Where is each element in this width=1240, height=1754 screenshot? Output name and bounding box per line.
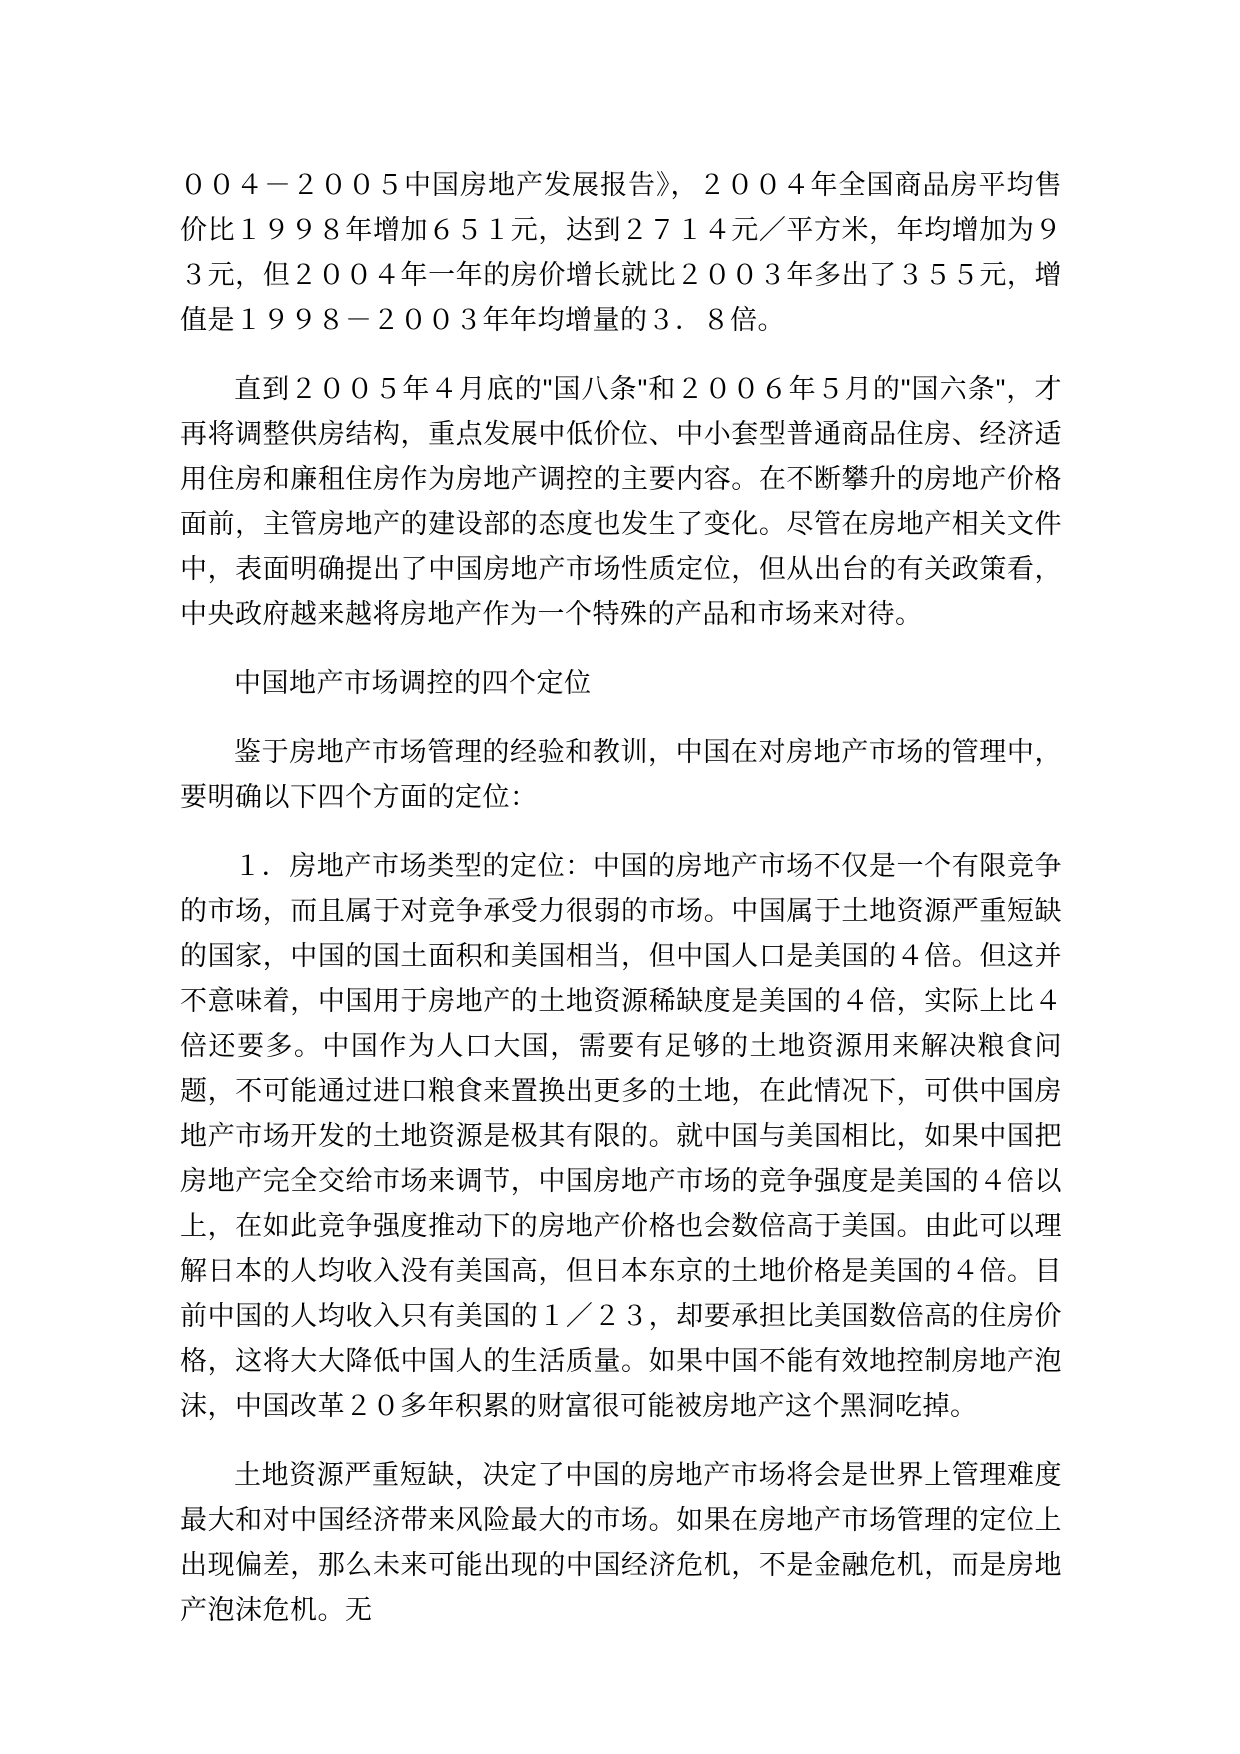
paragraph-continuation: ００４－２００５中国房地产发展报告》，２００４年全国商品房平均售价比１９９８年增… bbox=[180, 163, 1062, 343]
document-page: ００４－２００５中国房地产发展报告》，２００４年全国商品房平均售价比１９９８年增… bbox=[180, 163, 1062, 1657]
section-heading: 中国地产市场调控的四个定位 bbox=[180, 661, 1062, 706]
paragraph-land-scarcity-risk: 土地资源严重短缺，决定了中国的房地产市场将会是世界上管理难度最大和对中国经济带来… bbox=[180, 1453, 1062, 1633]
paragraph-market-type-position: １．房地产市场类型的定位：中国的房地产市场不仅是一个有限竞争的市场，而且属于对竞… bbox=[180, 844, 1062, 1429]
paragraph-policy-adjustment: 直到２００５年４月底的"国八条"和２００６年５月的"国六条"，才再将调整供房结构… bbox=[180, 367, 1062, 637]
paragraph-four-positions-intro: 鉴于房地产市场管理的经验和教训，中国在对房地产市场的管理中，要明确以下四个方面的… bbox=[180, 730, 1062, 820]
